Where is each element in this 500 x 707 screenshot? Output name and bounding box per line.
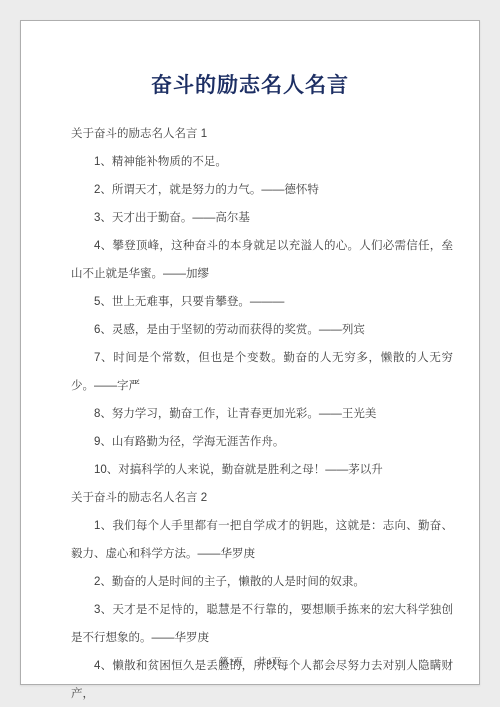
- document-title: 奋斗的励志名人名言: [21, 71, 479, 101]
- quote-item: 1、我们每个人手里都有一把自学成才的钥匙，这就是：志向、勤奋、毅力、虚心和科学方…: [71, 512, 453, 568]
- quote-item: 3、天才是不足恃的，聪慧是不行靠的，要想顺手拣来的宏大科学独创是不行想象的。——…: [71, 596, 453, 652]
- page-number-footer: 第1页共4页: [21, 654, 479, 668]
- quote-item: 2、勤奋的人是时间的主子，懒散的人是时间的奴隶。: [71, 568, 453, 596]
- quote-item: 3、天才出于勤奋。——高尔基: [71, 204, 453, 232]
- section-heading: 关于奋斗的励志名人名言 1: [71, 120, 453, 148]
- quote-item: 8、努力学习，勤奋工作，让青春更加光彩。——王光美: [71, 400, 453, 428]
- document-page: 奋斗的励志名人名言 关于奋斗的励志名人名言 1 1、精神能补物质的不足。 2、所…: [20, 20, 480, 685]
- quote-item: 5、世上无难事，只要肯攀登。———: [71, 288, 453, 316]
- document-body: 关于奋斗的励志名人名言 1 1、精神能补物质的不足。 2、所谓天才，就是努力的力…: [21, 120, 479, 707]
- quote-item: 1、精神能补物质的不足。: [71, 148, 453, 176]
- quote-item: 7、时间是个常数，但也是个变数。勤奋的人无穷多，懒散的人无穷少。——字严: [71, 344, 453, 400]
- section-heading: 关于奋斗的励志名人名言 2: [71, 484, 453, 512]
- total-pages-label: 共4页: [257, 654, 281, 668]
- quote-item: 10、对搞科学的人来说，勤奋就是胜利之母！——茅以升: [71, 456, 453, 484]
- quote-item: 6、灵感，是由于坚韧的劳动而获得的奖赏。——列宾: [71, 316, 453, 344]
- current-page-label: 第1页: [219, 654, 243, 668]
- quote-item: 2、所谓天才，就是努力的力气。——德怀特: [71, 176, 453, 204]
- quote-item: 4、攀登顶峰，这种奋斗的本身就足以充溢人的心。人们必需信任，垒山不止就是华蜜。—…: [71, 232, 453, 288]
- quote-item: 9、山有路勤为径，学海无涯苦作舟。: [71, 428, 453, 456]
